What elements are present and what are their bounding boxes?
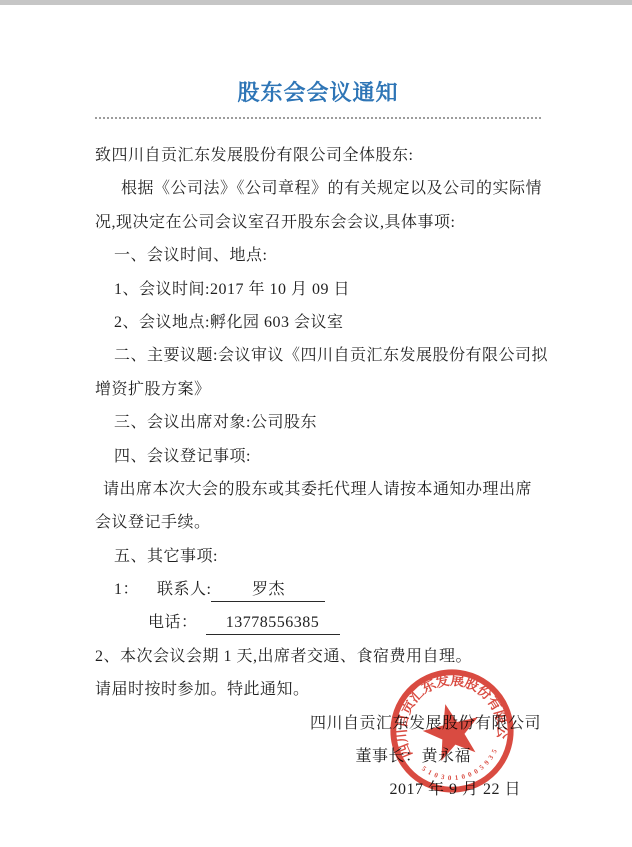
body-line: 况,现决定在公司会议室召开股东会会议,具体事项:	[95, 206, 541, 239]
body-line: 一、会议时间、地点:	[95, 239, 541, 272]
body-line: 1、会议时间:2017 年 10 月 09 日	[95, 273, 541, 306]
body-line: 增资扩股方案》	[95, 373, 541, 406]
closing-block: 四川自贡汇东发展股份有限公司 董事长：黄永福 2017 年 9 月 22 日	[95, 707, 541, 807]
notice-document: 股东会会议通知 致四川自贡汇东发展股份有限公司全体股东: 根据《公司法》《公司章…	[95, 0, 541, 807]
body-line: 三、会议出席对象:公司股东	[95, 406, 541, 439]
body-line: 根据《公司法》《公司章程》的有关规定以及公司的实际情	[95, 172, 541, 205]
contact-name-value: 罗杰	[252, 581, 285, 598]
body-line: 请出席本次大会的股东或其委托代理人请按本通知办理出席	[95, 473, 541, 506]
body-line: 会议登记手续。	[95, 506, 541, 539]
contact-phone-underline: 13778556385	[206, 611, 340, 635]
notice-body: 致四川自贡汇东发展股份有限公司全体股东: 根据《公司法》《公司章程》的有关规定以…	[95, 139, 541, 707]
body-line: 2、会议地点:孵化园 603 会议室	[95, 306, 541, 339]
contact-name-label: 联系人:	[157, 581, 211, 598]
page-title: 股东会会议通知	[95, 80, 541, 106]
closing-company-name: 四川自贡汇东发展股份有限公司	[95, 707, 541, 740]
contact-phone-value: 13778556385	[226, 614, 320, 631]
body-line: 五、其它事项:	[95, 540, 541, 573]
body-line: 2、本次会议会期 1 天,出席者交通、食宿费用自理。	[95, 640, 541, 673]
body-line: 请届时按时参加。特此通知。	[95, 673, 541, 706]
contact-phone-label: 电话：	[148, 614, 198, 631]
body-line: 致四川自贡汇东发展股份有限公司全体股东:	[95, 139, 541, 172]
document-page: { "doc": { "title": "股东会会议通知", "body_lin…	[0, 0, 632, 847]
contact-item-number: 1：	[114, 581, 139, 598]
body-line: 四、会议登记事项:	[95, 440, 541, 473]
body-line: 二、主要议题:会议审议《四川自贡汇东发展股份有限公司拟	[95, 339, 541, 372]
closing-date: 2017 年 9 月 22 日	[95, 773, 541, 806]
title-divider	[95, 117, 541, 119]
closing-signer: 董事长：黄永福	[95, 740, 541, 773]
contact-phone-row: 电话：13778556385	[95, 606, 541, 639]
contact-name-underline: 罗杰	[211, 578, 325, 602]
contact-name-row: 1：联系人:罗杰	[95, 573, 541, 606]
